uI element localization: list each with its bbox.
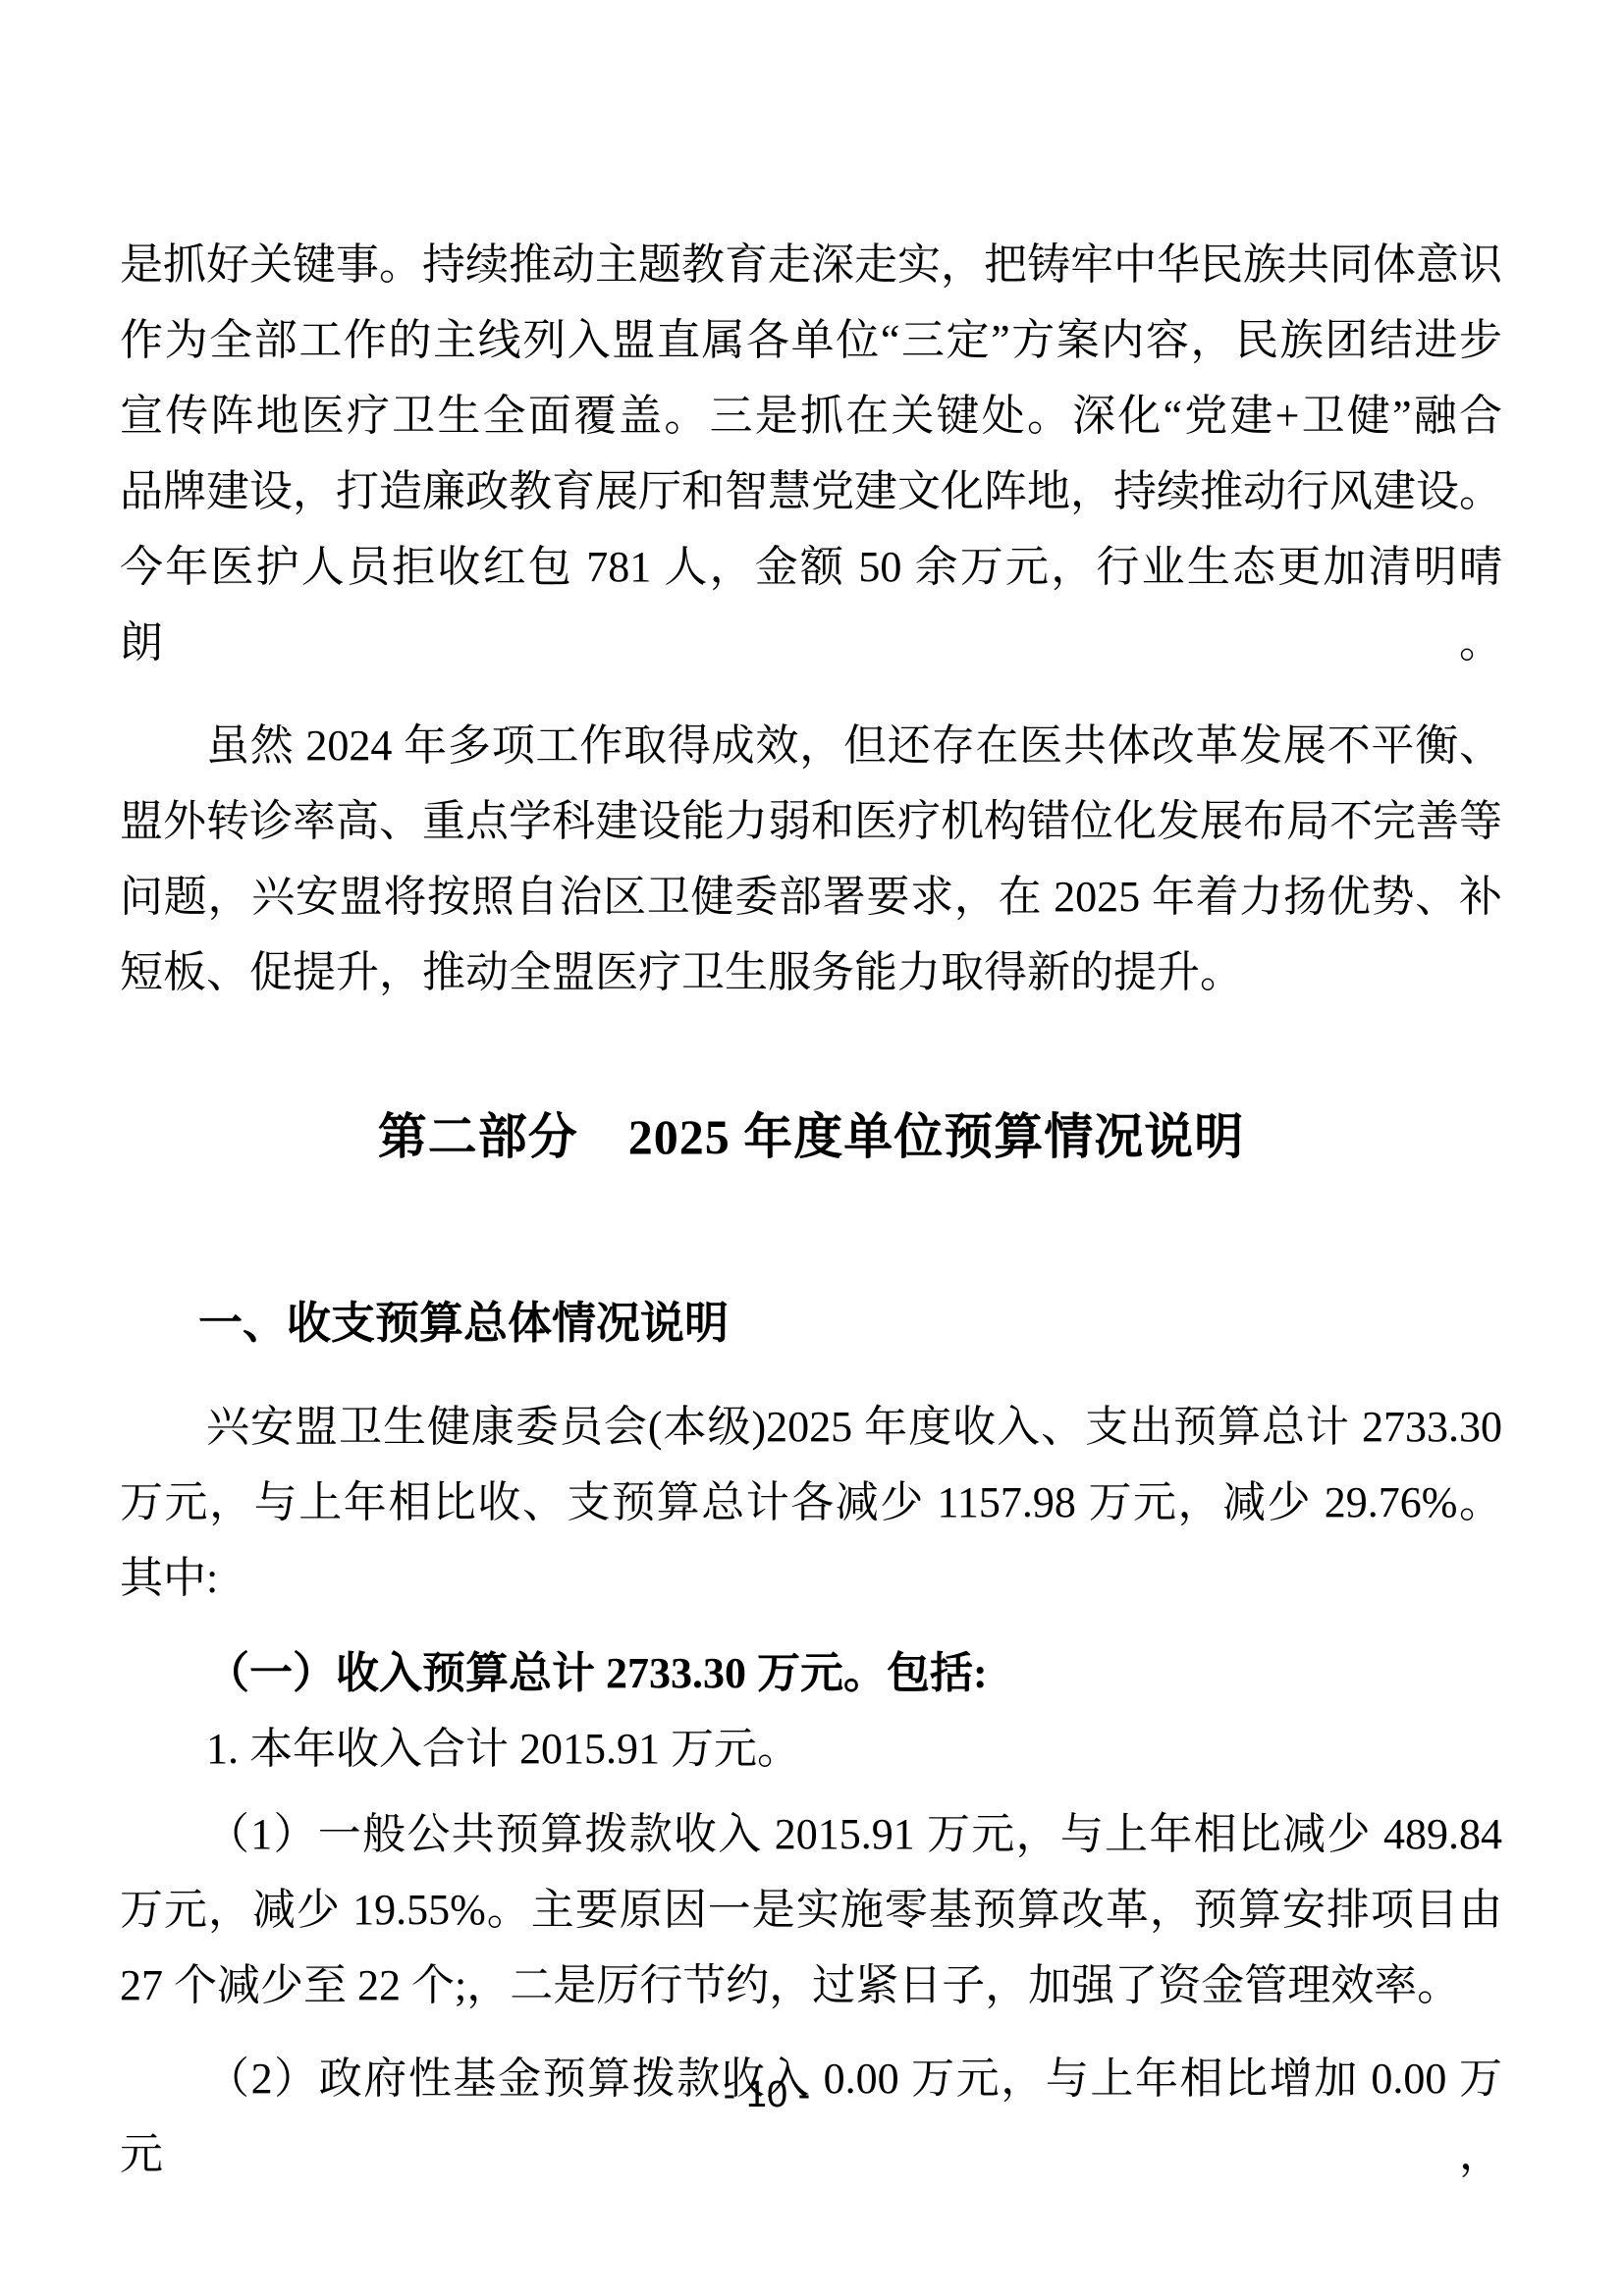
text-line: （1）一般公共预算拨款收入 2015.91 万元，与上年相比减少 489.84 bbox=[120, 1796, 1502, 1872]
paragraph-income-detail-1: （1）一般公共预算拨款收入 2015.91 万元，与上年相比减少 489.84 … bbox=[120, 1796, 1502, 2023]
part2-heading: 第二部分 2025 年度单位预算情况说明 bbox=[120, 1096, 1502, 1177]
text-line: 宣传阵地医疗卫生全面覆盖。三是抓在关键处。深化“党建+卫健”融合 bbox=[120, 378, 1502, 454]
text-line: 问题，兴安盟将按照自治区卫健委部署要求，在 2025 年着力扬优势、补 bbox=[120, 859, 1502, 934]
text-line: 27 个减少至 22 个;，二是厉行节约，过紧日子，加强了资金管理效率。 bbox=[120, 1948, 1502, 2023]
document-page: 是抓好关键事。持续推动主题教育走深走实，把铸牢中华民族共同体意识 作为全部工作的… bbox=[0, 0, 1624, 2296]
text-line: 兴安盟卫生健康委员会(本级)2025 年度收入、支出预算总计 2733.30 bbox=[120, 1389, 1502, 1465]
paragraph-2024-summary: 虽然 2024 年多项工作取得成效，但还存在医共体改革发展不平衡、 盟外转诊率高… bbox=[120, 708, 1502, 1010]
income-item-1: 1. 本年收入合计 2015.91 万元。 bbox=[120, 1711, 1502, 1787]
text-line: 盟外转诊率高、重点学科建设能力弱和医疗机构错位化发展布局不完善等 bbox=[120, 783, 1502, 859]
text-line: 是抓好关键事。持续推动主题教育走深走实，把铸牢中华民族共同体意识 bbox=[120, 227, 1502, 302]
text-line: 短板、促提升，推动全盟医疗卫生服务能力取得新的提升。 bbox=[120, 934, 1502, 1010]
text-line: （一）收入预算总计 2733.30 万元。包括: bbox=[120, 1635, 1502, 1711]
text-line: 品牌建设，打造廉政教育展厅和智慧党建文化阵地，持续推动行风建设。 bbox=[120, 454, 1502, 529]
page-number: - 10 - bbox=[0, 2067, 1579, 2122]
text-line: 1. 本年收入合计 2015.91 万元。 bbox=[120, 1711, 1502, 1787]
text-line: 虽然 2024 年多项工作取得成效，但还存在医共体改革发展不平衡、 bbox=[120, 708, 1502, 783]
text-line: 其中: bbox=[120, 1540, 1502, 1616]
text-line: 作为全部工作的主线列入盟直属各单位“三定”方案内容，民族团结进步 bbox=[120, 302, 1502, 378]
income-total-heading: （一）收入预算总计 2733.30 万元。包括: bbox=[120, 1635, 1502, 1711]
text-line: 今年医护人员拒收红包 781 人，金额 50 余万元，行业生态更加清明晴朗。 bbox=[120, 529, 1502, 680]
text-line: 万元，与上年相比收、支预算总计各减少 1157.98 万元，减少 29.76%。 bbox=[120, 1465, 1502, 1540]
paragraph-budget-overview: 兴安盟卫生健康委员会(本级)2025 年度收入、支出预算总计 2733.30 万… bbox=[120, 1389, 1502, 1616]
paragraph-party-building: 是抓好关键事。持续推动主题教育走深走实，把铸牢中华民族共同体意识 作为全部工作的… bbox=[120, 227, 1502, 680]
section1-heading: 一、收支预算总体情况说明 bbox=[120, 1285, 1502, 1362]
text-line: 万元，减少 19.55%。主要原因一是实施零基预算改革，预算安排项目由 bbox=[120, 1872, 1502, 1948]
